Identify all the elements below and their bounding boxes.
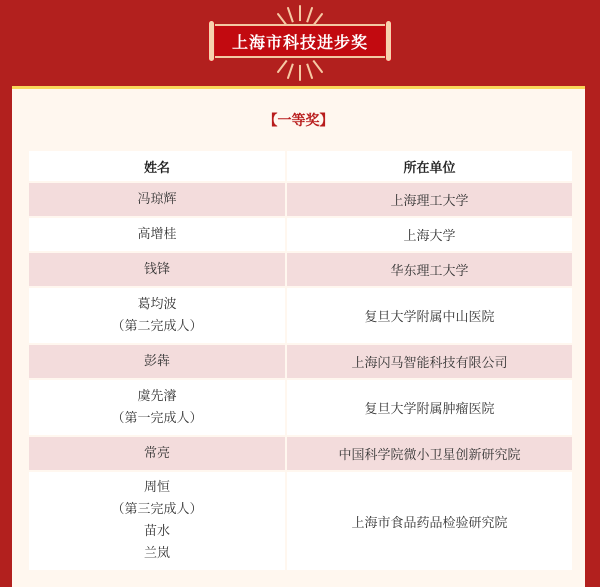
header-name: 姓名	[29, 151, 285, 181]
name-cell: 彭犇	[29, 345, 285, 378]
table-row: 周恒 （第三完成人） 苗水 兰岚 上海市食品药品检验研究院	[29, 472, 572, 570]
header-unit: 所在单位	[287, 151, 572, 181]
role-note: （第一完成人）	[29, 408, 285, 430]
banner-title: 上海市科技进步奖	[232, 30, 368, 53]
name-cell: 冯琼辉	[29, 183, 285, 216]
scroll-rod-right	[386, 21, 391, 61]
role-note: （第三完成人）	[29, 499, 285, 521]
name-text: 高增桂	[29, 224, 285, 246]
name-text: 虞先濬	[29, 386, 285, 408]
unit-cell: 上海闪马智能科技有限公司	[287, 345, 572, 378]
name-cell: 周恒 （第三完成人） 苗水 兰岚	[29, 472, 285, 570]
scroll-rod-left	[209, 21, 214, 61]
table-row: 高增桂 上海大学	[29, 218, 572, 251]
award-table: 姓名 所在单位 冯琼辉 上海理工大学 高增桂 上海大学 钱锋 华东理工大学 葛均…	[27, 149, 574, 572]
unit-cell: 中国科学院微小卫星创新研究院	[287, 437, 572, 470]
table-row: 常亮 中国科学院微小卫星创新研究院	[29, 437, 572, 470]
role-note: （第二完成人）	[29, 316, 285, 338]
unit-cell: 复旦大学附属中山医院	[287, 288, 572, 343]
name-text: 葛均波	[29, 294, 285, 316]
name-cell: 葛均波 （第二完成人）	[29, 288, 285, 343]
content-panel: 【一等奖】 姓名 所在单位 冯琼辉 上海理工大学 高增桂 上海大学 钱锋 华东理…	[12, 86, 585, 587]
name-text: 钱锋	[29, 259, 285, 281]
section-title: 【一等奖】	[12, 110, 585, 130]
name-cell: 高增桂	[29, 218, 285, 251]
name-text: 兰岚	[29, 543, 285, 565]
table-row: 钱锋 华东理工大学	[29, 253, 572, 286]
title-scroll: 上海市科技进步奖	[209, 21, 391, 61]
name-cell: 常亮	[29, 437, 285, 470]
name-text: 常亮	[29, 443, 285, 465]
name-text: 周恒	[29, 477, 285, 499]
unit-cell: 上海大学	[287, 218, 572, 251]
unit-cell: 复旦大学附属肿瘤医院	[287, 380, 572, 435]
banner: 上海市科技进步奖	[0, 0, 600, 86]
name-cell: 虞先濬 （第一完成人）	[29, 380, 285, 435]
table-row: 虞先濬 （第一完成人） 复旦大学附属肿瘤医院	[29, 380, 572, 435]
unit-cell: 华东理工大学	[287, 253, 572, 286]
name-text: 冯琼辉	[29, 189, 285, 211]
table-row: 冯琼辉 上海理工大学	[29, 183, 572, 216]
name-text: 苗水	[29, 521, 285, 543]
table-row: 彭犇 上海闪马智能科技有限公司	[29, 345, 572, 378]
name-cell: 钱锋	[29, 253, 285, 286]
name-text: 彭犇	[29, 351, 285, 373]
unit-cell: 上海理工大学	[287, 183, 572, 216]
table-row: 葛均波 （第二完成人） 复旦大学附属中山医院	[29, 288, 572, 343]
table-header-row: 姓名 所在单位	[29, 151, 572, 181]
title-scroll-body: 上海市科技进步奖	[214, 24, 386, 58]
unit-cell: 上海市食品药品检验研究院	[287, 472, 572, 570]
